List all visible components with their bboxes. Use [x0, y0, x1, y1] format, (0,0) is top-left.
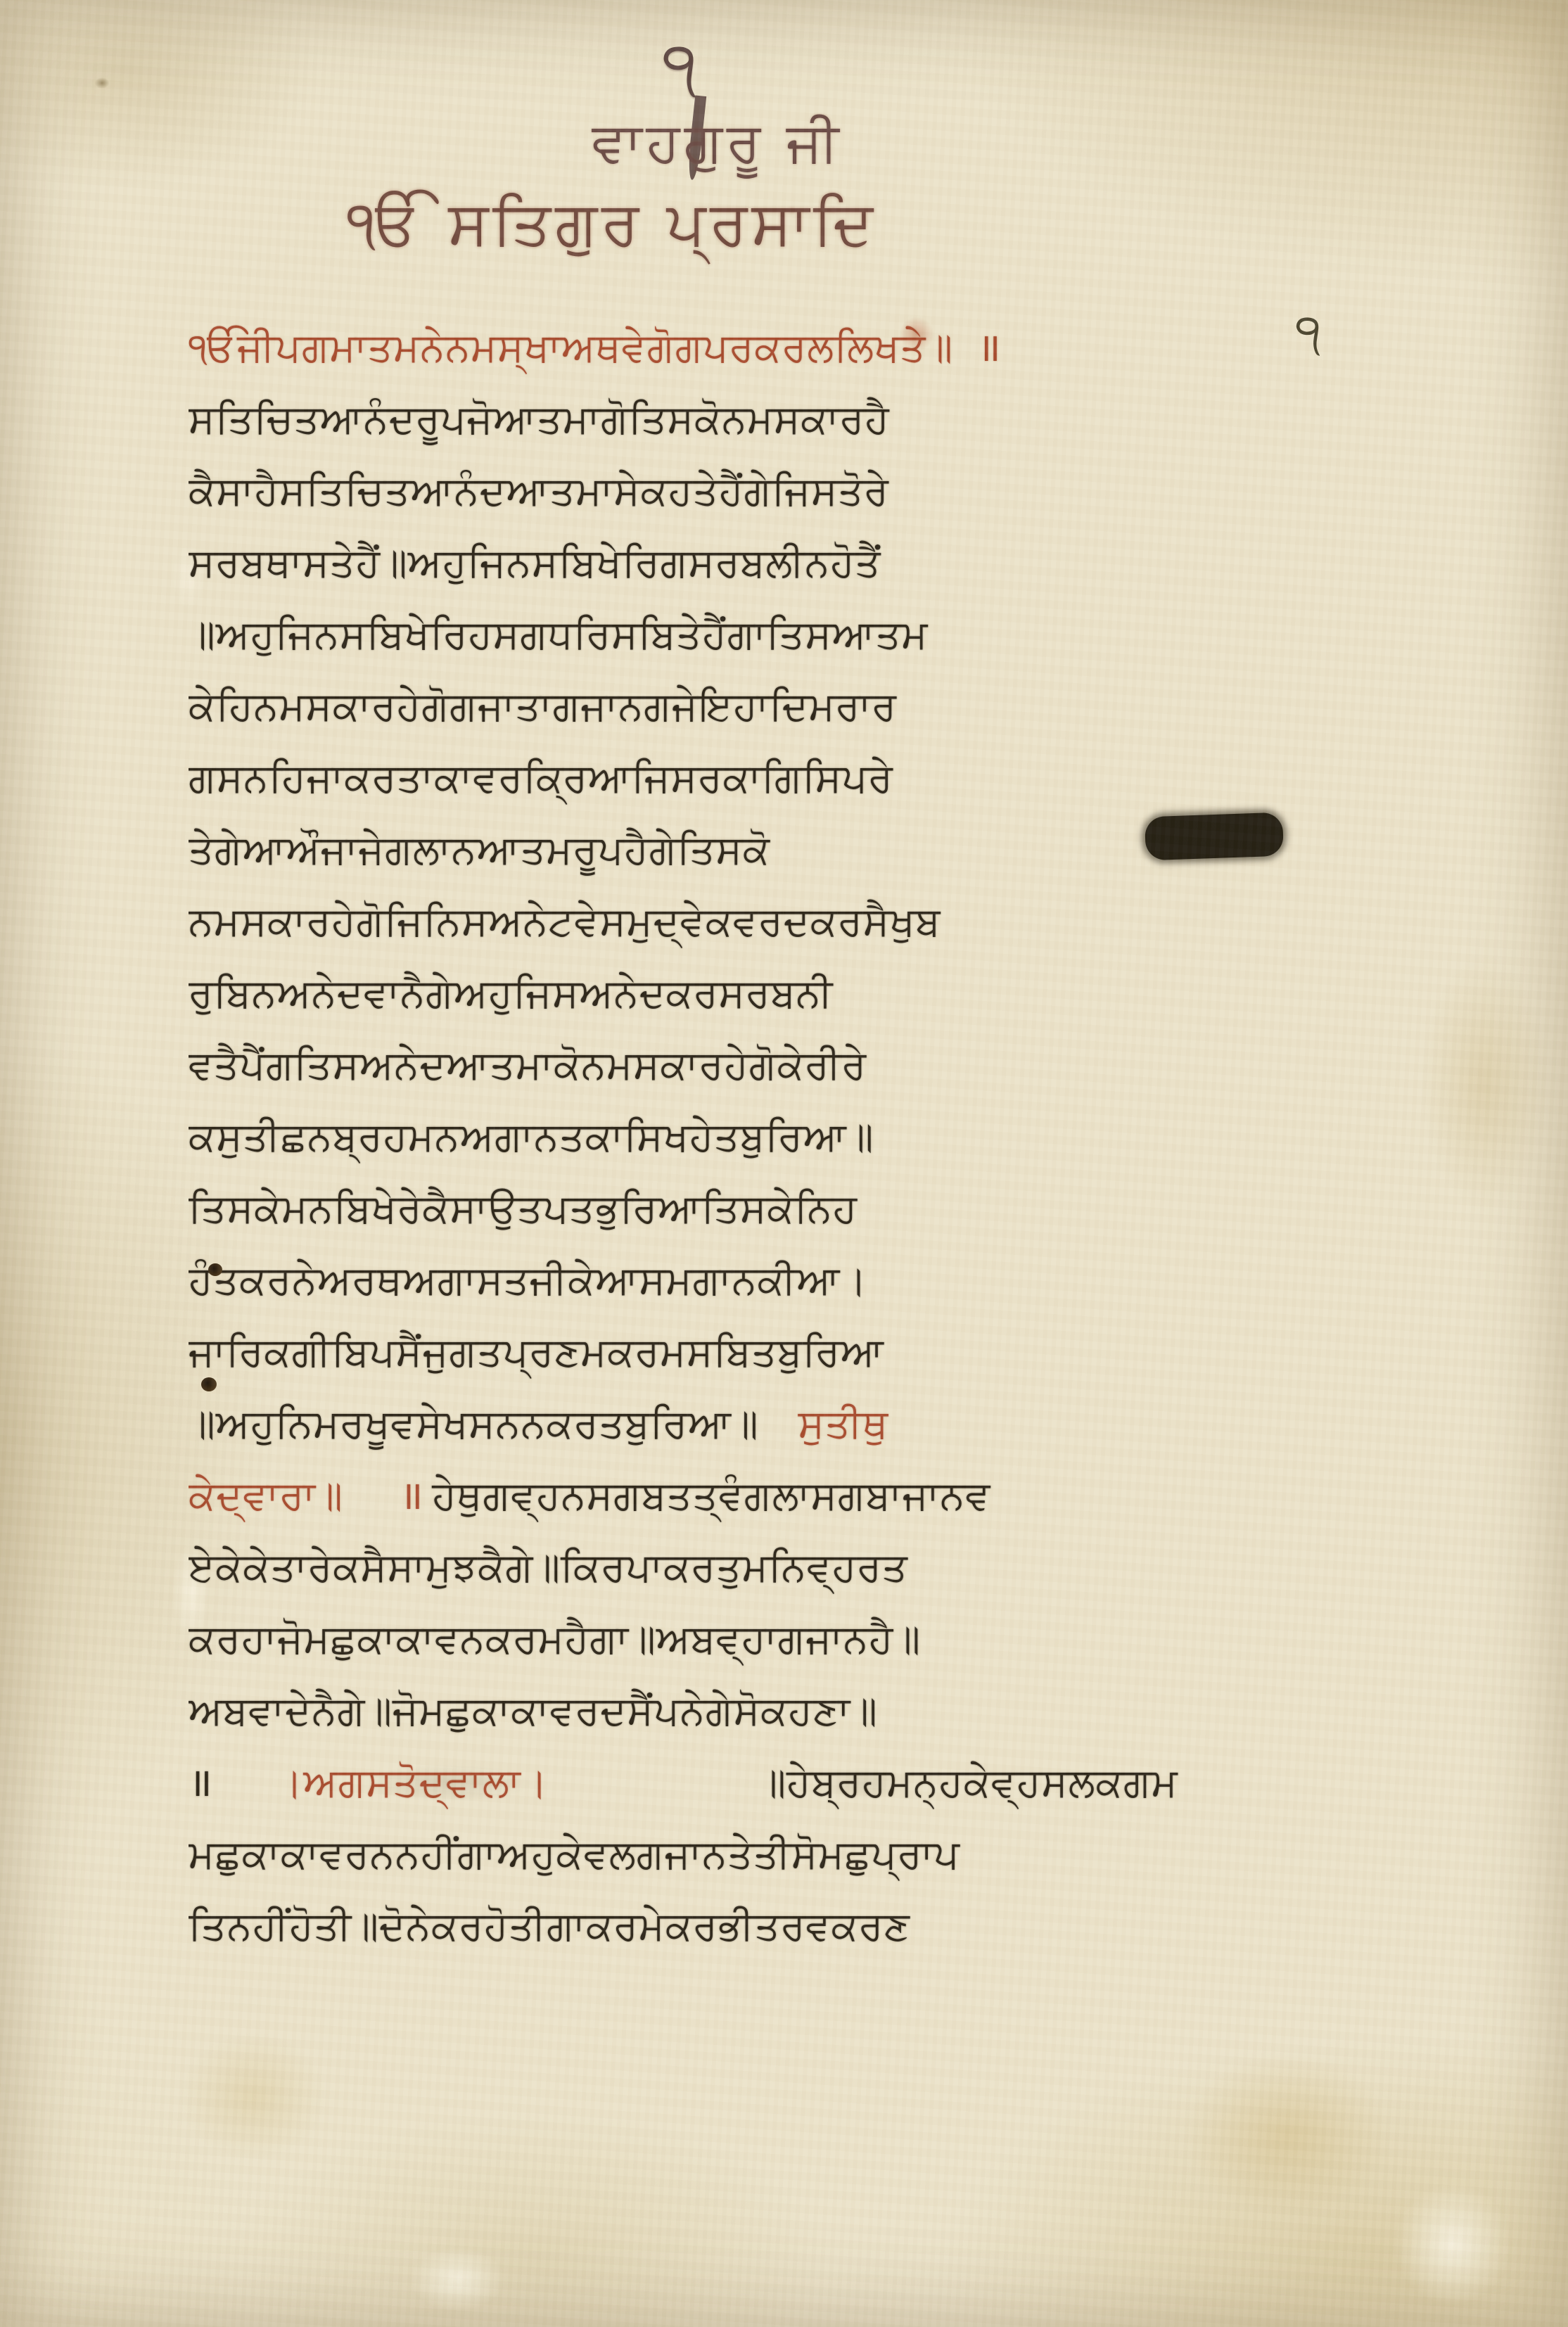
manuscript-line: ਵਤੈਪੈਂਗਤਿਸਅਨੇਦਆਤਮਾਕੋਨਮਸਕਾਰਹੇਗੋਕੇਰੀਰੇ — [189, 1030, 1277, 1102]
manuscript-line: ਸਰਬਥਾਸਤੇਹੈਂ॥ਅਹੁਜਿਨਸਬਿਖੇਰਿਗਸਰਬਲੀਨਹੋਤੈਂ — [189, 528, 1277, 599]
text-block: ੴਜੀਪਗਮਾਤਮਨੇਨਮਸ੍ਖਾਅਥਵੇਗੋਗਪਰਕਰਲਲਿਖਤੇ॥॥ਸਤਿਚ… — [189, 312, 1277, 1963]
manuscript-line-segment: ॥ — [977, 312, 1002, 384]
manuscript-line-segment: ਗਸਨਹਿਜਾਕਰਤਾਕਾਵਰਕ੍ਰਿਆਜਿਸਰਕਾਗਿਸਿਪਰੇ — [189, 743, 893, 815]
manuscript-line-segment: ਤਿਨਹੀਂਹੋਤੀ॥ਦੋਨੇਕਰਹੋਤੀਗਾਕਰਮੇਕਰਭੀਤਰਵਕਰਣ — [189, 1891, 910, 1963]
manuscript-line: ॥ਅਹੁਨਿਮਰਖੂਵਸੇਖਸਨਨਕਰਤਬੁਰਿਆ॥ਸੁਤੀਥੁ — [189, 1389, 1277, 1460]
manuscript-line: ਸਤਿਚਿਤਆਨੰਦਰੂਪਜੋਆਤਮਾਗੋਤਿਸਕੋਨਮਸਕਾਰਹੈ — [189, 384, 1277, 456]
wormhole-dot — [201, 1377, 217, 1391]
manuscript-line: ੴਜੀਪਗਮਾਤਮਨੇਨਮਸ੍ਖਾਅਥਵੇਗੋਗਪਰਕਰਲਲਿਖਤੇ॥॥ — [189, 312, 1277, 384]
manuscript-line: ਕੈਸਾਹੈਸਤਿਚਿਤਆਨੰਦਆਤਮਾਸੇਕਹਤੇਹੈਂਗੇਜਿਸਤੋਰੇ — [189, 456, 1277, 528]
manuscript-line: ਅਬਵਾਦੇਨੈਗੇ॥ਜੋਮਛੁਕਾਕਾਵਰਦਸੈਂਪਨੇਗੇਸੋਕਹਣਾ॥ — [189, 1676, 1277, 1747]
invocation-line-2: ੴ ਸਤਿਗੁਰ ਪ੍ਰਸਾਦਿ — [0, 189, 1330, 260]
manuscript-line-segment: ੴਜੀਪਗਮਾਤਮਨੇਨਮਸ੍ਖਾਅਥਵੇਗੋਗਪਰਕਰਲਲਿਖਤੇ॥ — [189, 312, 953, 384]
manuscript-line-segment: ਰੁਬਿਨਅਨੇਦਵਾਨੈਗੇਅਹੁਜਿਸਅਨੇਦਕਰਸਰਬਨੀ — [189, 958, 833, 1030]
manuscript-line: ਏਕੇਕੇਤਾਰੇਕਸੈਸਾਮੁਝਕੈਗੇ॥ਕਿਰਪਾਕਰਤੁਮਨਿਵ੍ਹਰਤ — [189, 1532, 1277, 1604]
ik-onkar-numeral: ੧ — [660, 32, 748, 103]
manuscript-line: ਰੁਬਿਨਅਨੇਦਵਾਨੈਗੇਅਹੁਜਿਸਅਨੇਦਕਰਸਰਬਨੀ — [189, 958, 1277, 1030]
manuscript-line-segment: ਜਾਰਿਕਗੀਬਿਪਸੈਂਜੁਗਤਪ੍ਰਣਮਕਰਮਸਬਿਤਬੁਰਿਆ — [189, 1317, 884, 1389]
manuscript-line: ॥।ਅਗਸਤੋਦ੍ਵਾਲਾ।॥ਹੇਬ੍ਰਹਮਨ੍ਹਕੇਵ੍ਹਸਲਕਗਮ — [189, 1747, 1277, 1819]
manuscript-line: ਤੇਗੇਆਔਜਾਜੇਗਲਾਨਆਤਮਰੂਪਹੈਗੇਤਿਸਕੋ — [189, 815, 1277, 886]
manuscript-line-segment: ਕੇਹਿਨਮਸਕਾਰਹੇਗੋਗਜਾਤਾਗਜਾਨਗਜੇਇਹਾਦਿਮਰਾਰ — [189, 671, 897, 743]
manuscript-line-segment: ਤਿਸਕੇਮਨਬਿਖੇਰੇਕੈਸਾਉਤਪਤਭੁਰਿਆਤਿਸਕੇਨਿਹ — [189, 1173, 858, 1245]
manuscript-line-segment: ਸਤਿਚਿਤਆਨੰਦਰੂਪਜੋਆਤਮਾਗੋਤਿਸਕੋਨਮਸਕਾਰਹੈ — [189, 384, 890, 456]
manuscript-line-segment: ਕੇਦ੍ਵਾਰਾ॥ — [189, 1460, 343, 1532]
manuscript-line-segment: ਹੰਤਕਰਨੇਅਰਥਅਗਾਸਤਜੀਕੇਆਸਮਗਾਨਕੀਆ। — [189, 1245, 867, 1317]
paper-stain — [1393, 900, 1568, 1266]
manuscript-line-segment: ਮਛੁਕਾਕਾਵਰਨਨਹੀਂਗਾਅਹੁਕੇਵਲਗਜਾਨਤੇਤੀਸੋਮਛੁਪ੍ਰਾ… — [189, 1819, 960, 1891]
ink-blot-correction — [1145, 812, 1284, 861]
manuscript-line: ਜਾਰਿਕਗੀਬਿਪਸੈਂਜੁਗਤਪ੍ਰਣਮਕਰਮਸਬਿਤਬੁਰਿਆ — [189, 1317, 1277, 1389]
manuscript-line: ਕੇਦ੍ਵਾਰਾ॥॥ਹੇਥੁਗਵ੍ਹਨਸਗਬਤਤ੍ਵੰਗਲਾਸਗਬਾਜਾਨਵ — [189, 1460, 1277, 1532]
manuscript-line-segment: ॥ — [400, 1460, 424, 1532]
manuscript-line: ॥ਅਹੁਜਿਨਸਬਿਖੇਰਿਹਸਗਧਰਿਸਬਿਤੇਹੈਂਗਾਤਿਸਆਤਮ — [189, 599, 1277, 671]
invocation-line-1: ਵਾਹਗੁਰੂ ਜੀ — [0, 111, 1435, 175]
manuscript-line-segment: ਅਬਵਾਦੇਨੈਗੇ॥ਜੋਮਛੁਕਾਕਾਵਰਦਸੈਂਪਨੇਗੇਸੋਕਹਣਾ॥ — [189, 1676, 878, 1747]
manuscript-page: ੧ ਵਾਹਗੁਰੂ ਜੀ ੴ ਸਤਿਗੁਰ ਪ੍ਰਸਾਦਿ ੧ ੴਜੀਪਗਮਾਤ… — [0, 0, 1568, 2327]
verse-number: ੧ — [1292, 302, 1324, 364]
manuscript-line: ਕੇਹਿਨਮਸਕਾਰਹੇਗੋਗਜਾਤਾਗਜਾਨਗਜੇਇਹਾਦਿਮਰਾਰ — [189, 671, 1277, 743]
manuscript-line-segment: ॥ਹੇਬ੍ਰਹਮਨ੍ਹਕੇਵ੍ਹਸਲਕਗਮ — [759, 1747, 1178, 1819]
paper-corner-patch — [1372, 2160, 1534, 2327]
manuscript-line-segment: ਕੈਸਾਹੈਸਤਿਚਿਤਆਨੰਦਆਤਮਾਸੇਕਹਤੇਹੈਂਗੇਜਿਸਤੋਰੇ — [189, 456, 889, 528]
manuscript-line-segment: ॥ਅਹੁਨਿਮਰਖੂਵਸੇਖਸਨਨਕਰਤਬੁਰਿਆ॥ — [189, 1389, 759, 1460]
manuscript-line: ਕਰਹਾਜੋਮਛੁਕਾਕਾਵਨਕਰਮਹੈਗਾ॥ਅਬਵ੍ਹਾਗਜਾਨਹੈ॥ — [189, 1604, 1277, 1676]
manuscript-line-segment: ਕਰਹਾਜੋਮਛੁਕਾਕਾਵਨਕਰਮਹੈਗਾ॥ਅਬਵ੍ਹਾਗਜਾਨਹੈ॥ — [189, 1604, 921, 1676]
ink-speck — [93, 76, 111, 90]
manuscript-line: ਗਸਨਹਿਜਾਕਰਤਾਕਾਵਰਕ੍ਰਿਆਜਿਸਰਕਾਗਿਸਿਪਰੇ — [189, 743, 1277, 815]
manuscript-line-segment: ॥ਅਹੁਜਿਨਸਬਿਖੇਰਿਹਸਗਧਰਿਸਬਿਤੇਹੈਂਗਾਤਿਸਆਤਮ — [189, 599, 928, 671]
manuscript-line-segment: ਹੇਥੁਗਵ੍ਹਨਸਗਬਤਤ੍ਵੰਗਲਾਸਗਬਾਜਾਨਵ — [432, 1460, 990, 1532]
manuscript-line-segment: ਸਰਬਥਾਸਤੇਹੈਂ॥ਅਹੁਜਿਨਸਬਿਖੇਰਿਗਸਰਬਲੀਨਹੋਤੈਂ — [189, 528, 881, 599]
manuscript-line: ਹੰਤਕਰਨੇਅਰਥਅਗਾਸਤਜੀਕੇਆਸਮਗਾਨਕੀਆ। — [189, 1245, 1277, 1317]
manuscript-line-segment: ਸੁਤੀਥੁ — [798, 1389, 889, 1460]
paper-stain — [1140, 2019, 1435, 2251]
manuscript-line: ਕਸੁਤੀਛਨਬ੍ਰਹਮਨਅਗਾਨਤਕਾਸਿਖਹੇਤਬੁਰਿਆ॥ — [189, 1102, 1277, 1173]
wormhole-dot — [208, 1263, 222, 1276]
manuscript-line: ਤਿਸਕੇਮਨਬਿਖੇਰੇਕੈਸਾਉਤਪਤਭੁਰਿਆਤਿਸਕੇਨਿਹ — [189, 1173, 1277, 1245]
manuscript-line: ਤਿਨਹੀਂਹੋਤੀ॥ਦੋਨੇਕਰਹੋਤੀਗਾਕਰਮੇਕਰਭੀਤਰਵਕਰਣ — [189, 1891, 1277, 1963]
manuscript-line-segment: ਤੇਗੇਆਔਜਾਜੇਗਲਾਨਆਤਮਰੂਪਹੈਗੇਤਿਸਕੋ — [189, 815, 770, 886]
manuscript-line-segment: ਕਸੁਤੀਛਨਬ੍ਰਹਮਨਅਗਾਨਤਕਾਸਿਖਹੇਤਬੁਰਿਆ॥ — [189, 1102, 874, 1173]
manuscript-line-segment: ਵਤੈਪੈਂਗਤਿਸਅਨੇਦਆਤਮਾਕੋਨਮਸਕਾਰਹੇਗੋਕੇਰੀਰੇ — [189, 1030, 867, 1102]
manuscript-line-segment: ।ਅਗਸਤੋਦ੍ਵਾਲਾ। — [276, 1747, 549, 1819]
manuscript-line-segment: ਨਮਸਕਾਰਹੇਗੋਜਿਨਿਸਅਨੇਟਵੇਸਮੁਦ੍ਵੇਕਵਰਦਕਰਸੈਖੁਬ — [189, 886, 941, 958]
manuscript-line: ਨਮਸਕਾਰਹੇਗੋਜਿਨਿਸਅਨੇਟਵੇਸਮੁਦ੍ਵੇਕਵਰਦਕਰਸੈਖੁਬ — [189, 886, 1277, 958]
paper-abrasion — [394, 2237, 521, 2321]
manuscript-line-segment: ਏਕੇਕੇਤਾਰੇਕਸੈਸਾਮੁਝਕੈਗੇ॥ਕਿਰਪਾਕਰਤੁਮਨਿਵ੍ਹਰਤ — [189, 1532, 908, 1604]
manuscript-line-segment: ॥ — [189, 1747, 213, 1819]
manuscript-line: ਮਛੁਕਾਕਾਵਰਨਨਹੀਂਗਾਅਹੁਕੇਵਲਗਜਾਨਤੇਤੀਸੋਮਛੁਪ੍ਰਾ… — [189, 1819, 1277, 1891]
paper-stain — [148, 2005, 359, 2188]
